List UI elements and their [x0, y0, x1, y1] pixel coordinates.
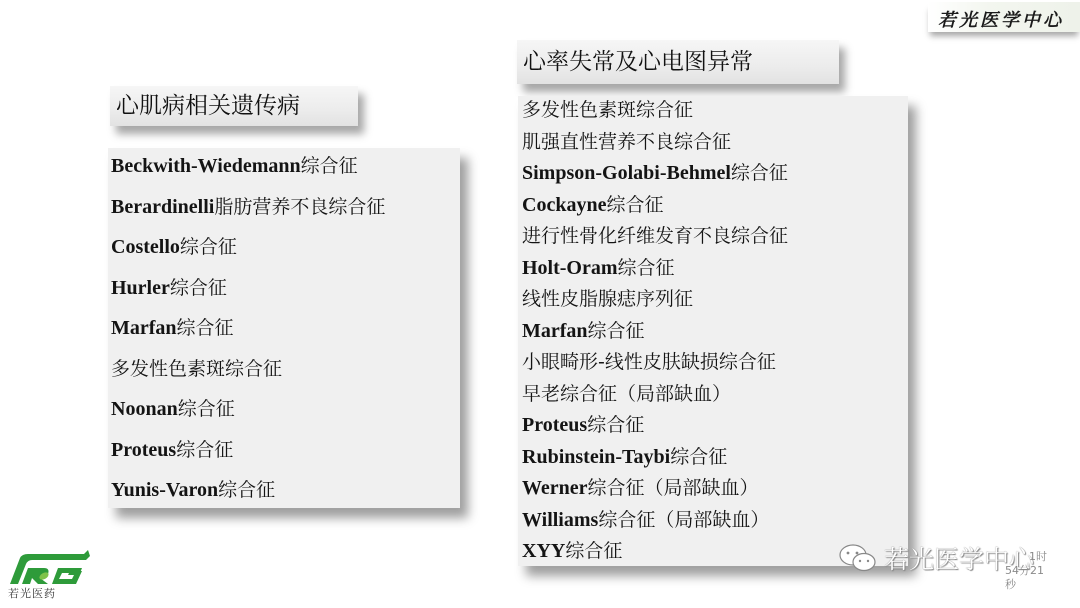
right-list: 多发性色素斑综合征 肌强直性营养不良综合征 Simpson-Golabi-Beh… [518, 95, 908, 568]
list-item: Beckwith-Wiedemann综合征 [108, 146, 460, 187]
left-list-panel: Beckwith-Wiedemann综合征 Berardinelli脂肪营养不良… [108, 148, 460, 508]
timer-line-2: 54分21 [1005, 564, 1049, 578]
timer-line-3: 秒 [1005, 578, 1049, 592]
list-item: Holt-Oram综合征 [518, 253, 908, 285]
right-section-title: 心率失常及心电图异常 [517, 40, 839, 84]
brand-banner-text: 若光医学中心 [938, 6, 1064, 32]
list-item: Proteus综合征 [108, 430, 460, 471]
list-item: Hurler综合征 [108, 268, 460, 309]
right-list-panel: 多发性色素斑综合征 肌强直性营养不良综合征 Simpson-Golabi-Beh… [518, 96, 908, 566]
list-item: Cockayne综合征 [518, 190, 908, 222]
list-item: Marfan综合征 [518, 316, 908, 348]
list-item: Proteus综合征 [518, 410, 908, 442]
wechat-icon [838, 542, 878, 574]
list-item: 多发性色素斑综合征 [518, 95, 908, 127]
logo-text: 若光医药 [8, 585, 56, 601]
brand-banner: 若光医学中心 [928, 2, 1080, 32]
list-item: Noonan综合征 [108, 389, 460, 430]
list-item: Williams综合征（局部缺血） [518, 505, 908, 537]
left-list: Beckwith-Wiedemann综合征 Berardinelli脂肪营养不良… [108, 146, 460, 511]
list-item: Simpson-Golabi-Behmel综合征 [518, 158, 908, 190]
list-item: 小眼畸形-线性皮肤缺损综合征 [518, 347, 908, 379]
list-item: Berardinelli脂肪营养不良综合征 [108, 187, 460, 228]
list-item: 肌强直性营养不良综合征 [518, 127, 908, 159]
list-item: Rubinstein-Taybi综合征 [518, 442, 908, 474]
list-item: 多发性色素斑综合征 [108, 349, 460, 390]
list-item: Yunis-Varon综合征 [108, 470, 460, 511]
list-item: 线性皮脂腺痣序列征 [518, 284, 908, 316]
list-item: 早老综合征（局部缺血） [518, 379, 908, 411]
timer-line-1: 1时 [1005, 550, 1049, 564]
list-item: 进行性骨化纤维发育不良综合征 [518, 221, 908, 253]
list-item: Marfan综合征 [108, 308, 460, 349]
timer-overlay: 1时 54分21 秒 [1005, 550, 1049, 592]
left-section-title: 心肌病相关遗传病 [110, 86, 358, 126]
list-item: Werner综合征（局部缺血） [518, 473, 908, 505]
list-item: Costello综合征 [108, 227, 460, 268]
